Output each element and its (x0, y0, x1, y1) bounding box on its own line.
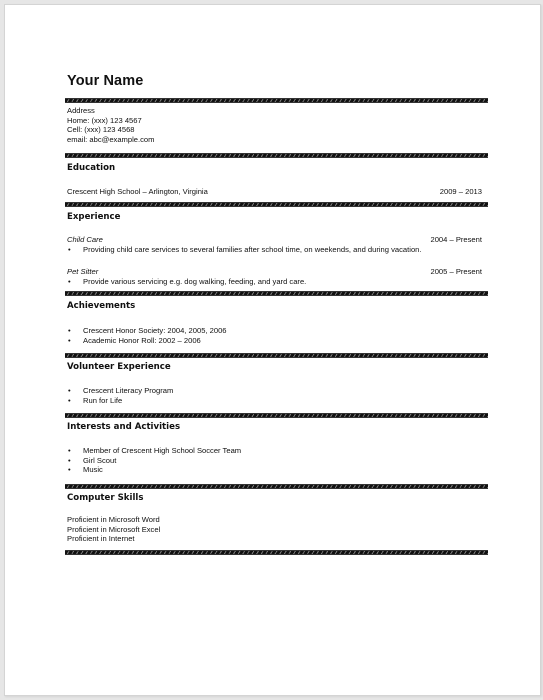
list-item: Run for Life (67, 396, 482, 406)
list-item: Crescent Honor Society: 2004, 2005, 2006 (67, 326, 482, 336)
education-entry: Crescent High School – Arlington, Virgin… (67, 187, 482, 197)
section-divider (65, 202, 488, 207)
contact-email: email: abc@example.com (67, 135, 482, 145)
skill-item: Proficient in Internet (67, 534, 482, 544)
resume-name: Your Name (67, 73, 143, 89)
contact-home-phone: Home: (xxx) 123 4567 (67, 116, 482, 126)
education-years: 2009 – 2013 (440, 187, 482, 197)
interests-heading: Interests and Activities (67, 422, 180, 432)
list-item: Music (67, 465, 482, 475)
list-item: Academic Honor Roll: 2002 – 2006 (67, 336, 482, 346)
section-divider (65, 353, 488, 358)
education-school: Crescent High School – Arlington, Virgin… (67, 187, 208, 197)
achievements-list: Crescent Honor Society: 2004, 2005, 2006… (67, 326, 482, 345)
volunteer-heading: Volunteer Experience (67, 362, 171, 372)
contact-cell-phone: Cell: (xxx) 123 4568 (67, 125, 482, 135)
list-item: Girl Scout (67, 456, 482, 466)
job-title: Pet Sitter (67, 267, 98, 277)
list-item: Member of Crescent High School Soccer Te… (67, 446, 482, 456)
skill-item: Proficient in Microsoft Word (67, 515, 482, 525)
job-bullet: Providing child care services to several… (67, 245, 497, 255)
section-divider (65, 153, 488, 158)
job-dates: 2005 – Present (430, 267, 482, 277)
experience-heading: Experience (67, 212, 120, 222)
section-divider (65, 550, 488, 555)
contact-block: Address Home: (xxx) 123 4567 Cell: (xxx)… (67, 106, 482, 144)
section-divider (65, 484, 488, 489)
interests-list: Member of Crescent High School Soccer Te… (67, 446, 482, 475)
skill-item: Proficient in Microsoft Excel (67, 525, 482, 535)
job-title: Child Care (67, 235, 103, 245)
section-divider (65, 413, 488, 418)
education-heading: Education (67, 163, 115, 173)
experience-job: Child Care 2004 – Present Providing chil… (67, 235, 482, 254)
volunteer-list: Crescent Literacy Program Run for Life (67, 386, 482, 405)
list-item: Crescent Literacy Program (67, 386, 482, 396)
section-divider (65, 291, 488, 296)
contact-address: Address (67, 106, 482, 116)
job-dates: 2004 – Present (430, 235, 482, 245)
document-page: Your Name Address Home: (xxx) 123 4567 C… (4, 4, 541, 696)
section-divider (65, 98, 488, 103)
skills-list: Proficient in Microsoft Word Proficient … (67, 515, 482, 544)
skills-heading: Computer Skills (67, 493, 143, 503)
achievements-heading: Achievements (67, 301, 135, 311)
job-bullet: Provide various servicing e.g. dog walki… (67, 277, 482, 287)
experience-job: Pet Sitter 2005 – Present Provide variou… (67, 267, 482, 286)
